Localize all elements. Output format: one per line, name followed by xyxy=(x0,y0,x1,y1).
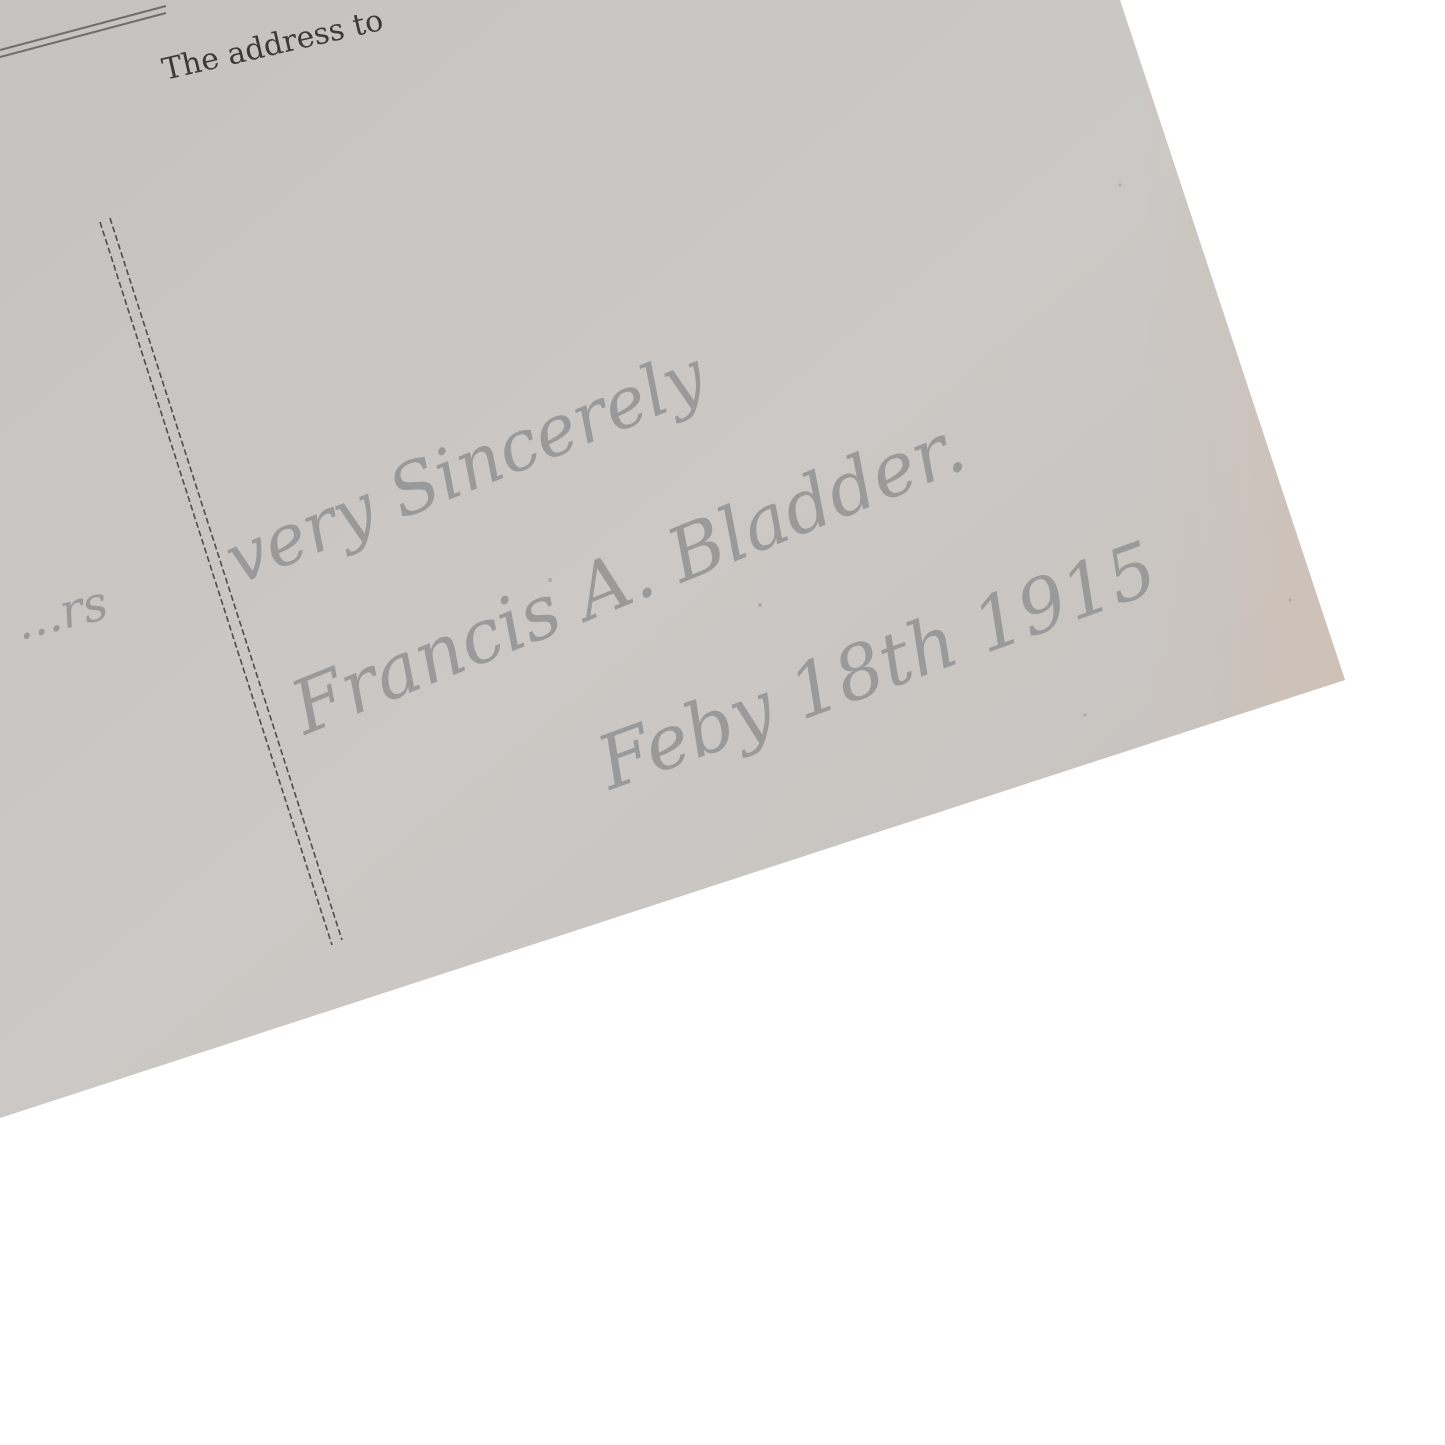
postcard-photo: The address to ...rs very Sincerely Fran… xyxy=(0,0,1445,1445)
photo-scene: The address to ...rs very Sincerely Fran… xyxy=(0,0,1445,1445)
